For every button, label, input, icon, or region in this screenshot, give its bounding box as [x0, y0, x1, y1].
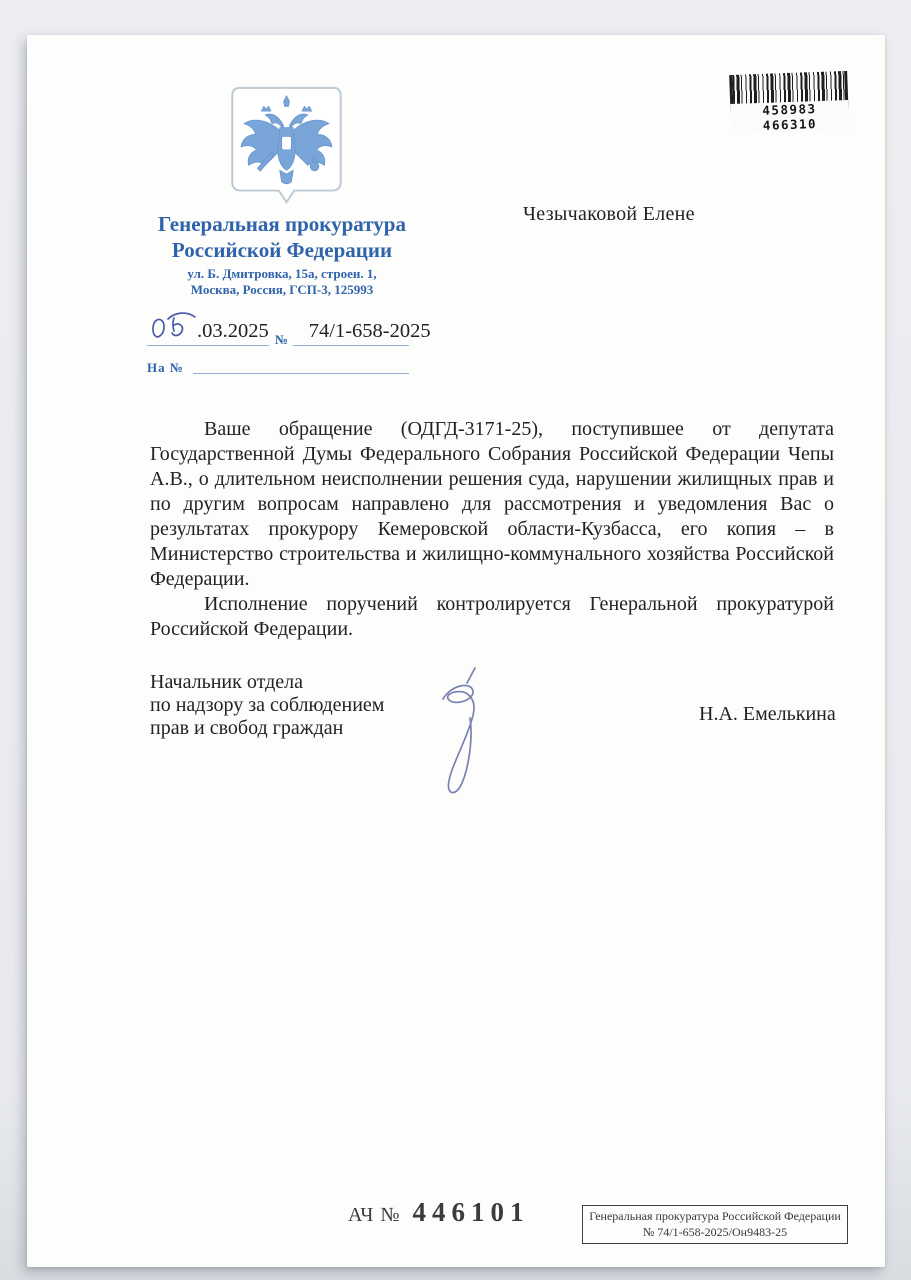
signatory-title-line2: по надзору за соблюдением: [150, 694, 384, 717]
signatory-title: Начальник отдела по надзору за соблюдени…: [150, 671, 384, 740]
signatory-name: Н.А. Емелькина: [699, 703, 836, 726]
incoming-number-line: [193, 373, 409, 374]
letter-body: Ваше обращение (ОДГД-3171-25), поступивш…: [150, 417, 834, 642]
org-address-line1: ул. Б. Дмитровка, 15а, строен. 1,: [97, 266, 467, 282]
number-form-row: №: [147, 331, 447, 349]
org-address-line2: Москва, Россия, ГСП-3, 125993: [97, 282, 467, 298]
form-number-row: АЧ № 446101: [348, 1197, 530, 1228]
signatory-title-line1: Начальник отдела: [150, 671, 384, 694]
form-number: 446101: [413, 1197, 530, 1228]
org-address: ул. Б. Дмитровка, 15а, строен. 1, Москва…: [97, 266, 467, 298]
barcode: 458983 466310: [729, 71, 849, 123]
blank-line-right: [293, 345, 409, 346]
scan-backdrop: { "barcode": { "digits": "458983 466310"…: [0, 0, 911, 1280]
body-paragraph-1: Ваше обращение (ОДГД-3171-25), поступивш…: [150, 417, 834, 592]
incoming-number-row: На №: [147, 359, 411, 377]
org-name-line1: Генеральная прокуратура: [97, 211, 467, 237]
blank-line-left: [147, 345, 269, 346]
registration-stamp: Генеральная прокуратура Российской Федер…: [582, 1205, 848, 1244]
org-name: Генеральная прокуратура Российской Федер…: [97, 211, 467, 263]
stamp-line-2: № 74/1-658-2025/Он9483-25: [583, 1225, 847, 1241]
signature-ink: [425, 663, 495, 813]
addressee: Чезычаковой Елене: [523, 203, 695, 226]
incoming-number-label: На №: [147, 360, 184, 376]
body-paragraph-2: Исполнение поручений контролируется Гене…: [150, 592, 834, 642]
form-series-label: АЧ №: [348, 1204, 401, 1227]
number-sign-label: №: [275, 332, 288, 348]
barcode-digits: 458983 466310: [730, 100, 849, 134]
stamp-line-1: Генеральная прокуратура Российской Федер…: [583, 1209, 847, 1225]
coat-of-arms-icon: [228, 85, 345, 207]
org-name-line2: Российской Федерации: [97, 237, 467, 263]
letter-page: 458983 466310 Генеральная пр: [27, 35, 885, 1267]
signatory-title-line3: прав и свобод граждан: [150, 717, 384, 740]
